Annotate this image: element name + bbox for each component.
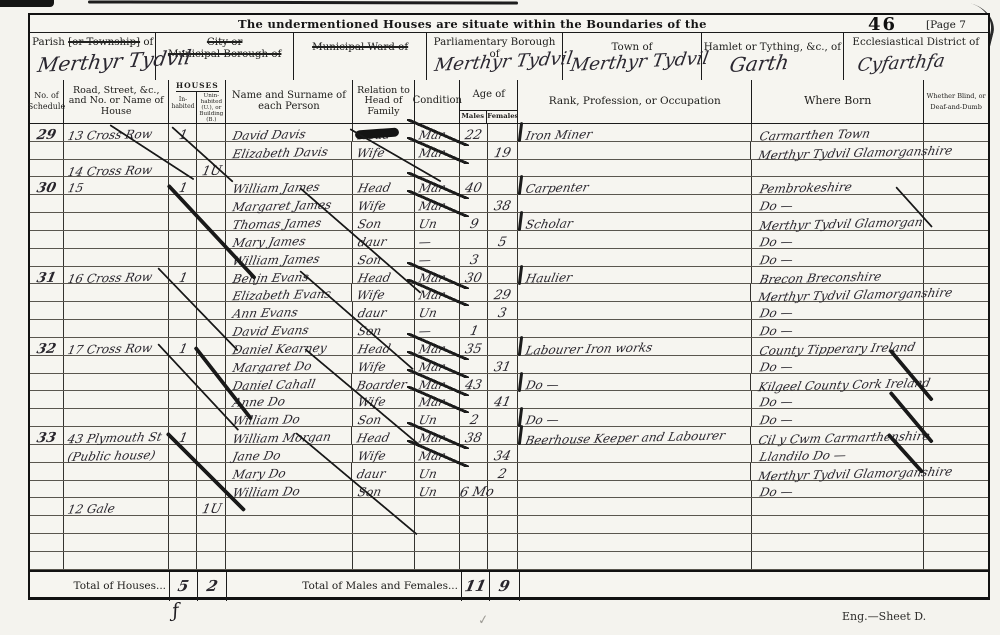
cell-name <box>226 516 352 533</box>
cell-road <box>64 374 169 391</box>
handwritten-condition: — <box>418 234 433 250</box>
cell-road <box>64 534 170 551</box>
cell-condition: Mar <box>415 124 460 141</box>
cell-condition: Mar <box>415 267 460 284</box>
cell-blind <box>924 534 988 551</box>
cell-schedule <box>30 284 64 301</box>
cell-schedule <box>30 302 64 319</box>
cell-born: Merthyr Tydvil Glamorganshire <box>751 142 924 159</box>
handwritten-name: Benjn Evans <box>231 269 310 287</box>
cell-inhabited <box>169 320 197 337</box>
ecclesiastical-district-handwriting: Cyfarthfa <box>856 51 946 76</box>
cell-uninhabited <box>197 284 226 301</box>
handwritten-road: (Public house) <box>66 447 157 465</box>
cell-schedule <box>30 391 64 408</box>
cell-female <box>488 427 518 444</box>
table-row: William DoSonUn2Do —Do — <box>30 409 988 427</box>
cell-road: 16 Cross Row <box>64 267 170 284</box>
cell-condition <box>415 552 460 569</box>
handwritten-relation: Boarder <box>356 376 409 393</box>
cell-born: Do — <box>752 302 924 319</box>
cell-road <box>64 516 170 533</box>
cell-inhabited <box>169 498 197 515</box>
cell-rank <box>518 302 752 319</box>
handwritten-born: Do — <box>758 305 794 322</box>
handwritten-condition: — <box>418 323 433 339</box>
cell-condition: Un <box>415 302 460 319</box>
cell-relation: Wife <box>353 195 416 212</box>
handwritten-born: Do — <box>758 323 794 340</box>
cell-name: Thomas James <box>226 213 352 230</box>
cell-road <box>64 195 170 212</box>
cell-born <box>752 498 924 515</box>
cell-rank: Labourer Iron works <box>518 338 752 355</box>
handwritten-name: Daniel Kearney <box>231 340 328 358</box>
cell-schedule <box>30 534 64 551</box>
handwritten-condition: Un <box>418 305 439 321</box>
scan-smudge <box>0 0 54 7</box>
cell-road <box>64 302 170 319</box>
handwritten-female: 19 <box>492 146 512 162</box>
cell-relation: Son <box>353 409 416 426</box>
cell-condition: Mar <box>415 391 460 408</box>
cell-name: Anne Do <box>226 391 352 408</box>
cell-relation: Wife <box>353 445 416 462</box>
cell-condition: Mar <box>415 374 460 391</box>
cell-uninhabited <box>197 267 226 284</box>
cell-female: 5 <box>488 231 518 248</box>
cell-blind <box>924 427 988 444</box>
cell-born: Do — <box>752 356 924 373</box>
cell-inhabited: 1 <box>169 124 197 141</box>
handwritten-relation: Head <box>356 341 392 358</box>
handwritten-relation: Wife <box>356 448 387 465</box>
cell-female <box>488 177 518 194</box>
table-row: Thomas JamesSonUn9ScholarMerthyr Tydvil … <box>30 213 988 231</box>
cell-inhabited <box>169 302 197 319</box>
cell-rank <box>518 534 752 551</box>
handwritten-road: 14 Cross Row <box>66 162 154 180</box>
cell-blind <box>924 267 988 284</box>
cell-name <box>226 498 352 515</box>
cell-schedule: 31 <box>30 267 64 284</box>
cell-blind <box>924 302 988 319</box>
cell-rank: Beerhouse Keeper and Labourer <box>518 427 752 444</box>
cell-name: Daniel Cahall <box>226 374 352 391</box>
cell-road: 13 Cross Row <box>64 124 170 141</box>
cell-schedule <box>30 374 64 391</box>
cell-inhabited <box>169 231 197 248</box>
census-form: The undermentioned Houses are situate wi… <box>28 13 990 600</box>
total-houses-uninhabited: 2 <box>198 572 227 601</box>
cell-condition <box>415 534 460 551</box>
col-houses-header: HOUSES In-habited Unin-habited (U.), or … <box>169 80 226 123</box>
cell-relation: Wife <box>352 142 415 159</box>
age-title: Age of <box>473 80 505 110</box>
cell-name: Margaret Do <box>226 356 352 373</box>
cell-rank: Iron Miner <box>518 124 752 141</box>
handwritten-born: Carmarthen Town <box>758 126 872 145</box>
cell-uninhabited <box>197 320 226 337</box>
cell-uninhabited <box>197 445 226 462</box>
cell-blind <box>924 231 988 248</box>
hamlet-box: Hamlet or Tything, &c., of Garth <box>702 33 843 81</box>
census-sheet: The undermentioned Houses are situate wi… <box>0 0 1000 635</box>
cell-blind <box>924 516 988 533</box>
cell-uninhabited <box>197 142 226 159</box>
cell-condition: Mar <box>415 338 460 355</box>
totals-empty <box>520 572 988 601</box>
handwritten-male: 6 Mo <box>458 484 495 501</box>
cell-schedule <box>30 249 64 266</box>
cell-inhabited <box>169 409 197 426</box>
handwritten-name: Margaret Do <box>231 358 313 376</box>
cell-male: 9 <box>460 213 488 230</box>
cell-relation: Son <box>353 213 416 230</box>
cell-male: 40 <box>460 177 488 194</box>
table-row: Daniel CahallBoarderMar43Do —Kilgeel Cou… <box>30 374 988 392</box>
cell-condition: Un <box>415 463 460 480</box>
cell-schedule <box>30 463 64 480</box>
sheet-imprint: Eng.—Sheet D. <box>842 610 926 623</box>
handwritten-road: 12 Gale <box>66 501 116 518</box>
table-row: Mary Jamesdaur—5Do — <box>30 231 988 249</box>
cell-female: 38 <box>488 195 518 212</box>
cell-condition: Un <box>415 409 460 426</box>
cell-name: David Davis <box>226 124 352 141</box>
cell-male <box>460 463 488 480</box>
cell-road <box>64 231 170 248</box>
handwritten-rank: Labourer Iron works <box>524 339 654 358</box>
total-males-value: 11 <box>463 578 487 595</box>
cell-name <box>226 534 352 551</box>
table-row: 12 Gale1U <box>30 498 988 516</box>
cell-relation: Head <box>353 177 416 194</box>
cell-schedule <box>30 231 64 248</box>
table-row: 3343 Plymouth St1William MorganHeadMar38… <box>30 427 988 445</box>
cell-relation: daur <box>353 302 416 319</box>
cell-relation: Head <box>353 267 416 284</box>
cell-inhabited <box>169 445 197 462</box>
handwritten-name: David Evans <box>231 322 310 340</box>
cell-inhabited: 1 <box>169 427 197 444</box>
handwritten-relation: Son <box>356 483 383 500</box>
cell-blind <box>924 409 988 426</box>
handwritten-condition: Un <box>418 216 439 232</box>
cell-male: 22 <box>460 124 488 141</box>
handwritten-schedule: 32 <box>35 341 57 357</box>
cell-relation: Wife <box>352 284 415 301</box>
total-houses-label: Total of Houses... <box>30 572 170 601</box>
cell-road <box>64 356 170 373</box>
cell-road: 14 Cross Row <box>64 160 170 177</box>
cell-female: 34 <box>488 445 518 462</box>
handwritten-name: Elizabeth Evans <box>231 286 332 305</box>
table-row: Elizabeth EvansWifeMar29Merthyr Tydvil G… <box>30 284 988 302</box>
cell-born: Do — <box>752 391 924 408</box>
handwritten-name: William James <box>231 179 321 197</box>
cell-road <box>64 249 170 266</box>
cell-relation <box>353 516 416 533</box>
handwritten-born: Do — <box>758 412 794 429</box>
cell-born: Do — <box>752 195 924 212</box>
cell-name <box>226 552 352 569</box>
cell-name: Mary Do <box>226 463 352 480</box>
col-born-header: Where Born <box>752 80 924 123</box>
cell-inhabited <box>169 284 197 301</box>
table-row: 3217 Cross Row1Daniel KearneyHeadMar35La… <box>30 338 988 356</box>
table-header: No. of Schedule Road, Street, &c., and N… <box>30 80 988 124</box>
cell-blind <box>924 356 988 373</box>
cell-schedule: 29 <box>30 124 64 141</box>
col-condition-header: Condition <box>415 80 460 123</box>
col-males-header: Males <box>459 111 487 123</box>
cell-relation <box>353 552 416 569</box>
cell-uninhabited <box>197 249 226 266</box>
handwritten-name: William Do <box>231 483 301 501</box>
cell-inhabited <box>169 195 197 212</box>
cell-inhabited <box>169 356 197 373</box>
cell-inhabited <box>169 481 197 498</box>
cell-born: Cil y Cwm Carmarthenshire <box>751 427 924 444</box>
handwritten-name: Mary Do <box>231 465 287 482</box>
cell-blind <box>924 338 988 355</box>
cell-schedule <box>30 516 64 533</box>
cell-uninhabited <box>197 213 226 230</box>
cell-condition <box>415 498 460 515</box>
cell-born <box>752 552 924 569</box>
cell-born: Do — <box>752 231 924 248</box>
handwritten-born: Do — <box>758 483 794 500</box>
col-name-header: Name and Surname of each Person <box>226 80 352 123</box>
handwritten-name: Jane Do <box>231 447 282 464</box>
handwritten-schedule: 31 <box>35 269 57 285</box>
cell-road <box>64 142 169 159</box>
cell-condition: — <box>415 231 460 248</box>
cell-relation <box>353 160 416 177</box>
cell-uninhabited: 1U <box>197 160 226 177</box>
cell-condition <box>415 160 460 177</box>
cell-born <box>752 516 924 533</box>
handwritten-schedule: 33 <box>35 430 57 446</box>
parish-label: Parish [or Township] of <box>30 33 155 48</box>
cell-relation: Son <box>353 320 416 337</box>
cell-name: Elizabeth Davis <box>226 142 352 159</box>
handwritten-name: William Do <box>231 411 301 429</box>
cell-schedule: 32 <box>30 338 64 355</box>
cell-name: Benjn Evans <box>226 267 352 284</box>
cell-rank <box>518 481 752 498</box>
cell-born: Merthyr Tydvil Glamorganshire <box>751 463 924 480</box>
cell-road: 15 <box>64 177 170 194</box>
table-row: Mary DodaurUn2Merthyr Tydvil Glamorgansh… <box>30 463 988 481</box>
pen-flourish-mark: ƒ <box>171 600 181 623</box>
handwritten-condition: Mar <box>418 198 447 215</box>
cell-rank <box>518 195 752 212</box>
handwritten-relation: daur <box>356 234 388 251</box>
cell-relation <box>353 498 416 515</box>
handwritten-born: Pembrokeshire <box>758 179 853 197</box>
handwritten-relation: Wife <box>356 144 387 161</box>
cell-male: 3 <box>460 249 488 266</box>
cell-female <box>488 534 518 551</box>
cell-blind <box>924 177 988 194</box>
handwritten-schedule: 29 <box>35 127 57 143</box>
handwritten-relation: Son <box>356 323 383 340</box>
cell-blind <box>924 552 988 569</box>
table-row: 2913 Cross Row1David DavisHeadMar22Iron … <box>30 124 988 142</box>
cell-road <box>64 391 170 408</box>
cell-rank <box>518 231 752 248</box>
cell-inhabited <box>169 249 197 266</box>
cell-condition: Mar <box>415 427 460 444</box>
handwritten-relation: Son <box>356 251 383 268</box>
table-row: Anne DoWifeMar41Do — <box>30 391 988 409</box>
cell-female <box>488 249 518 266</box>
handwritten-road: 16 Cross Row <box>66 269 154 287</box>
handwritten-name: Daniel Cahall <box>231 376 317 394</box>
cell-inhabited: 1 <box>169 267 197 284</box>
handwritten-condition: Mar <box>417 430 446 447</box>
scan-smudge <box>88 0 518 4</box>
total-females-value: 9 <box>498 578 512 594</box>
cell-uninhabited <box>197 374 226 391</box>
cell-schedule <box>30 142 64 159</box>
table-row: Ann EvansdaurUn3Do — <box>30 302 988 320</box>
handwritten-relation: Head <box>356 180 392 197</box>
cell-inhabited <box>169 391 197 408</box>
cell-relation: daur <box>352 463 415 480</box>
ecclesiastical-district-box: Ecclesiastical District of Cyfarthfa <box>844 33 988 81</box>
cell-blind <box>924 320 988 337</box>
table-row: 3116 Cross Row1Benjn EvansHeadMar30Hauli… <box>30 267 988 285</box>
table-row: 14 Cross Row1U <box>30 160 988 178</box>
cell-female: 2 <box>488 463 518 480</box>
cell-schedule <box>30 195 64 212</box>
cell-female <box>488 498 518 515</box>
handwritten-rank: Iron Miner <box>524 126 594 144</box>
cell-born <box>752 534 924 551</box>
cell-inhabited <box>169 463 197 480</box>
cell-female <box>488 338 518 355</box>
cell-uninhabited <box>197 481 226 498</box>
handwritten-relation: daur <box>356 305 388 322</box>
handwritten-relation: Wife <box>356 287 387 304</box>
handwritten-relation: Son <box>356 216 383 233</box>
houses-title: HOUSES <box>176 80 219 92</box>
cell-road: 43 Plymouth St <box>64 427 169 444</box>
town-box: Town of Merthyr Tydvil <box>563 33 702 81</box>
faint-check-mark: ✓ <box>477 612 490 628</box>
handwritten-name: Margaret James <box>231 197 333 216</box>
parish-label-struck: [or Township] <box>68 36 140 48</box>
handwritten-born: Do — <box>758 251 794 268</box>
cell-name: Margaret James <box>226 195 352 212</box>
age-subheaders: Males Females <box>459 110 518 123</box>
cell-rank: Do — <box>518 409 752 426</box>
cell-male: 38 <box>460 427 488 444</box>
cell-road: 17 Cross Row <box>64 338 170 355</box>
table-row <box>30 552 988 570</box>
cell-schedule <box>30 552 64 569</box>
cell-name <box>226 160 352 177</box>
handwritten-condition: Mar <box>418 358 447 375</box>
table-row: 30151William JamesHeadMar40CarpenterPemb… <box>30 177 988 195</box>
parliamentary-borough-box: Parliamentary Borough of Merthyr Tydvil <box>427 33 562 81</box>
cell-road: 12 Gale <box>64 498 170 515</box>
cell-born: Do — <box>752 409 924 426</box>
handwritten-male: 40 <box>464 181 484 197</box>
cell-blind <box>924 391 988 408</box>
cell-born: Do — <box>752 249 924 266</box>
cell-rank <box>518 356 752 373</box>
cell-road <box>64 409 170 426</box>
cell-uninhabited <box>197 427 226 444</box>
cell-inhabited <box>169 142 197 159</box>
cell-blind <box>924 124 988 141</box>
cell-blind <box>924 481 988 498</box>
cell-rank <box>518 463 752 480</box>
cell-relation: Head <box>353 124 416 141</box>
table-body: 2913 Cross Row1David DavisHeadMar22Iron … <box>30 124 988 570</box>
cell-rank <box>518 498 752 515</box>
cell-male: 1 <box>460 320 488 337</box>
cell-rank: Do — <box>518 374 752 391</box>
handwritten-condition: Mar <box>417 145 446 162</box>
cell-uninhabited <box>197 516 226 533</box>
handwritten-born: Brecon Breconshire <box>758 268 883 287</box>
cell-blind <box>924 445 988 462</box>
handwritten-condition: Un <box>418 483 439 499</box>
cell-male <box>460 552 488 569</box>
cell-condition: — <box>415 320 460 337</box>
cell-inhabited <box>169 552 197 569</box>
table-row: William JamesSon—3Do — <box>30 249 988 267</box>
handwritten-uninhabited: 1U <box>200 502 223 518</box>
handwritten-female: 41 <box>493 395 513 411</box>
cell-schedule <box>30 320 64 337</box>
cell-female <box>488 124 518 141</box>
handwritten-female: 29 <box>492 288 512 304</box>
handwritten-name: Elizabeth Davis <box>231 144 329 162</box>
cell-male <box>460 356 488 373</box>
handwritten-rank: Carpenter <box>524 180 590 198</box>
handwritten-born: Do — <box>758 394 794 411</box>
cell-inhabited: 1 <box>169 338 197 355</box>
handwritten-condition: Mar <box>418 127 447 144</box>
handwritten-name: Thomas James <box>231 215 323 233</box>
cell-male: 35 <box>460 338 488 355</box>
cell-male <box>460 195 488 212</box>
cell-female: 41 <box>488 391 518 408</box>
handwritten-name: David Davis <box>231 126 307 144</box>
houses-subheaders: In-habited Unin-habited (U.), or Buildin… <box>169 92 225 124</box>
cell-rank <box>518 516 752 533</box>
table-row: (Public house)Jane DoWifeMar34Llandilo D… <box>30 445 988 463</box>
handwritten-relation: Wife <box>356 198 387 215</box>
handwritten-relation: daur <box>356 465 388 482</box>
handwritten-relation: Head <box>356 127 392 144</box>
cell-schedule <box>30 213 64 230</box>
col-schedule-header: No. of Schedule <box>30 80 64 123</box>
total-houses-inhabited-value: 5 <box>177 578 191 594</box>
cell-name: William Morgan <box>226 427 352 444</box>
cell-uninhabited <box>197 124 226 141</box>
cell-road <box>64 320 170 337</box>
cell-inhabited <box>169 374 197 391</box>
cell-born: Pembrokeshire <box>752 177 924 194</box>
hamlet-handwriting: Garth <box>728 50 791 77</box>
